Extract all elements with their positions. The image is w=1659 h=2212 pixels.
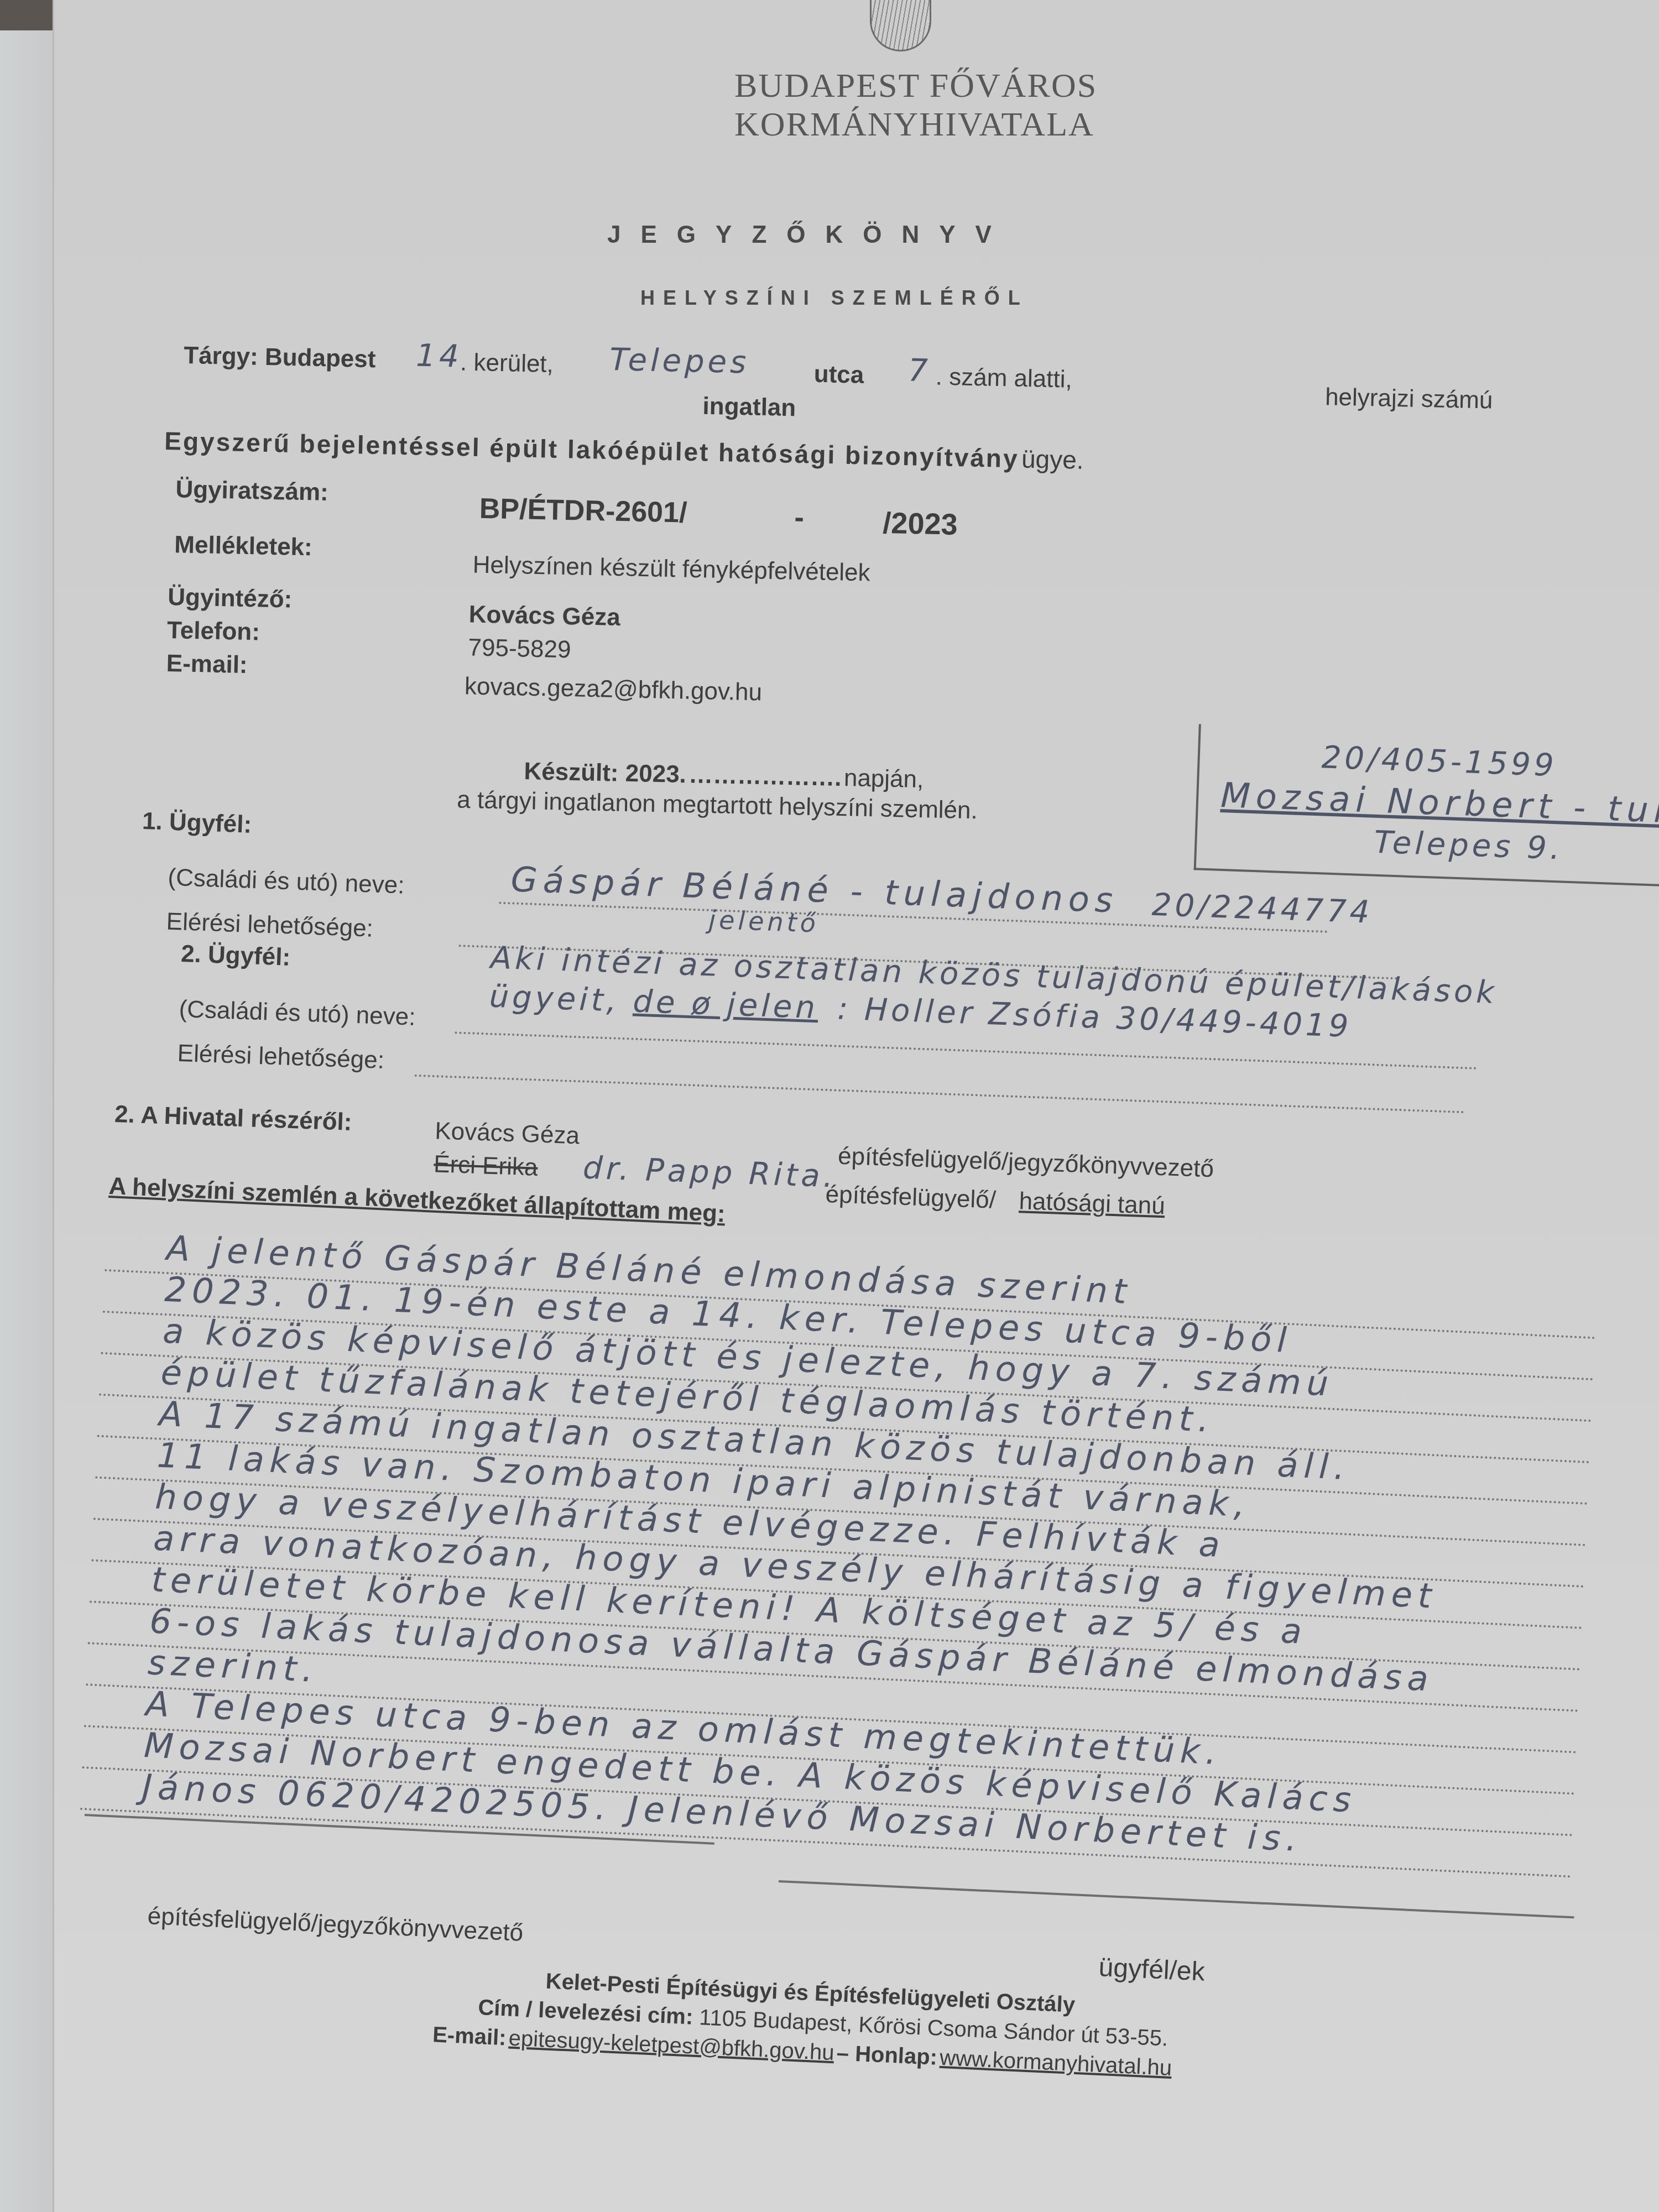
parcel-label: helyrajzi számú [1325, 383, 1493, 414]
office-person2-struck: Érci Erika [433, 1150, 538, 1182]
street-value: Telepes [609, 342, 750, 380]
client2-line2a: ügyeit, [489, 979, 620, 1019]
phone-value: 795-5829 [468, 634, 571, 664]
background-desk [0, 0, 55, 33]
client2-line2b: de ø jelen [632, 984, 818, 1026]
number-label: . szám alatti, [935, 363, 1072, 393]
coat-of-arms-icon [870, 0, 931, 51]
client2-heading: 2. Ügyfél: [180, 940, 291, 972]
case-number-dash: - [794, 501, 805, 534]
email-label: E-mail: [166, 650, 248, 679]
case-number-label: Ügyiratszám: [175, 476, 328, 507]
made-block: Készült: 2023. ………………. napján, a tárgyi … [523, 758, 1243, 830]
attachments-value: Helyszínen készült fényképfelvételek [472, 551, 870, 587]
footer-block: Kelet-Pesti Építésügyi és Építésfelügyel… [476, 1966, 1474, 2094]
case-number-prefix: BP/ÉTDR-2601/ [479, 492, 687, 530]
findings-body: A jelentő Gáspár Béláné elmondása szerin… [79, 1225, 1598, 1900]
signature-client-label: ügyfél/ek [1098, 1952, 1206, 1987]
client2-contact-label: Elérési lehetősége: [177, 1040, 385, 1074]
office-person1: Kovács Géza [435, 1117, 580, 1150]
client1-role: jelentő [708, 905, 820, 938]
note-phone: 20/405-1599 [1321, 739, 1558, 784]
document-page: BUDAPEST FŐVÁROS KORMÁNYHIVATALA JEGYZŐK… [53, 0, 1659, 2212]
number-value: 7 [907, 352, 931, 389]
office-person2-handwritten: dr. Papp Rita. [582, 1150, 837, 1195]
attachments-label: Mellékletek: [174, 531, 312, 561]
document-subtitle: HELYSZÍNI SZEMLÉRŐL [640, 286, 1029, 310]
case-number-year: /2023 [883, 506, 958, 542]
made-date-suffix: napján, [843, 764, 924, 793]
client1-contact-label: Elérési lehetősége: [166, 908, 374, 943]
footer-address-label: Cím / levelezési cím: [478, 1995, 694, 2030]
case-title-suffix: ügye. [1021, 444, 1084, 474]
district-value: 14 [416, 338, 463, 375]
signature-officer-label: építésfelügyelő/jegyzőkönyvvezető [147, 1902, 524, 1947]
footer-email-label: E-mail: [432, 2022, 507, 2050]
officer-label: Ügyintéző: [168, 583, 293, 614]
document-title: JEGYZŐKÖNYV [607, 221, 1011, 249]
officer-value: Kovács Géza [468, 601, 620, 632]
findings-line: szerint. [147, 1642, 320, 1690]
meta-block: Ügyiratszám: BP/ÉTDR-2601/ - /2023 Mellé… [165, 476, 1276, 731]
footer-web-label: – Honlap: [836, 2041, 938, 2069]
client1-name-label: (Családi és utó) neve: [168, 864, 405, 900]
footer-web-link[interactable]: www.kormanyhivatal.hu [939, 2046, 1172, 2080]
subject-label: Tárgy: Budapest [184, 342, 376, 373]
office-role1: építésfelügyelő/jegyzőkönyvvezető [837, 1142, 1214, 1183]
street-label: utca [813, 361, 864, 389]
property-label: ingatlan [702, 393, 796, 422]
office-heading: 2. A Hivatal részéről: [114, 1100, 352, 1136]
org-name-line1: BUDAPEST FŐVÁROS [734, 66, 1066, 106]
org-name-line2: KORMÁNYHIVATALA [734, 105, 1066, 144]
email-value[interactable]: kovacs.geza2@bfkh.gov.hu [465, 672, 763, 706]
made-date-dots: ………………. [688, 761, 842, 791]
district-label: . kerület, [460, 348, 554, 378]
client2-name-label: (Családi és utó) neve: [179, 995, 416, 1031]
client1-phone-value: 20/2244774 [1151, 887, 1374, 931]
made-date-label: Készült: 2023. [524, 758, 686, 788]
phone-label: Telefon: [167, 617, 260, 646]
note-name: Mozsai Norbert - tulaj [1220, 775, 1659, 832]
client1-heading: 1. Ügyfél: [142, 807, 252, 839]
